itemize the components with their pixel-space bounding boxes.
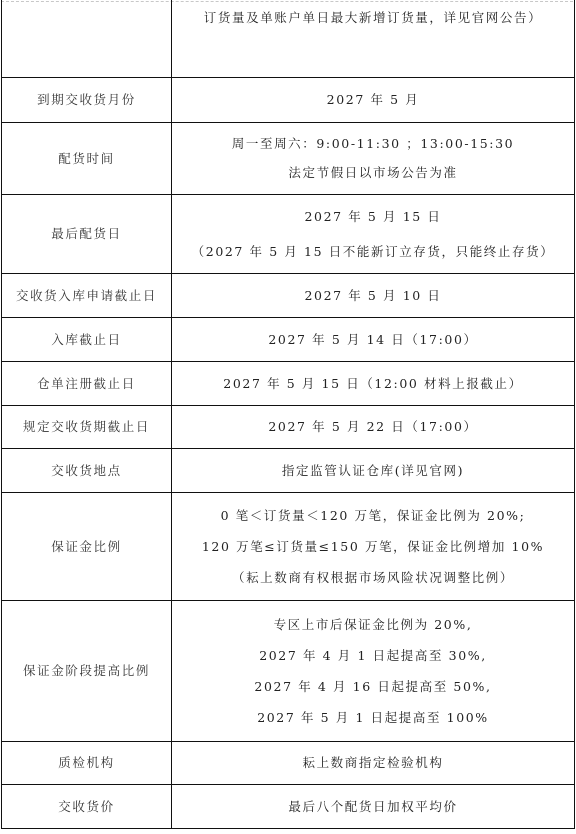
row-label: 入库截止日 — [2, 317, 172, 361]
value-line: 2027 年 5 月 1 日起提高至 100% — [172, 710, 574, 725]
value-line: 2027 年 4 月 16 日起提高至 50%, — [172, 679, 574, 694]
row-value: 0 笔＜订货量＜120 万笔，保证金比例为 20%; 120 万笔≤订货量≤15… — [172, 492, 575, 600]
table-row-last-allocation-day: 最后配货日 2027 年 5 月 15 日 （2027 年 5 月 15 日不能… — [2, 194, 575, 273]
value-line: 2027 年 5 月 — [172, 92, 574, 107]
row-label: 最后配货日 — [2, 194, 172, 273]
table-row-delivery-price: 交收货价 最后八个配货日加权平均价 — [2, 784, 575, 828]
value-line: 2027 年 5 月 15 日（12:00 材料上报截止） — [172, 376, 574, 391]
row-value: 订货量及单账户单日最大新增订货量，详见官网公告） — [172, 0, 575, 77]
table-row-warehouse-application-deadline: 交收货入库申请截止日 2027 年 5 月 10 日 — [2, 273, 575, 317]
row-value: 2027 年 5 月 — [172, 77, 575, 122]
value-line: 0 笔＜订货量＜120 万笔，保证金比例为 20%; — [172, 508, 574, 523]
table-row-margin-step-increase: 保证金阶段提高比例 专区上市后保证金比例为 20%, 2027 年 4 月 1 … — [2, 600, 575, 741]
value-line: 2027 年 5 月 15 日 — [172, 209, 574, 224]
value-line: 2027 年 5 月 14 日（17:00） — [172, 332, 574, 347]
row-label — [2, 0, 172, 77]
value-line: 最后八个配货日加权平均价 — [172, 799, 574, 814]
row-value: 专区上市后保证金比例为 20%, 2027 年 4 月 1 日起提高至 30%,… — [172, 600, 575, 741]
row-label: 仓单注册截止日 — [2, 361, 172, 405]
table-row-delivery-month: 到期交收货月份 2027 年 5 月 — [2, 77, 575, 122]
row-value: 2027 年 5 月 22 日（17:00） — [172, 405, 575, 448]
value-line: 2027 年 5 月 10 日 — [172, 288, 574, 303]
row-label: 规定交收货期截止日 — [2, 405, 172, 448]
value-line: （耘上数商有权根据市场风险状况调整比例） — [172, 570, 574, 585]
value-line: 120 万笔≤订货量≤150 万笔，保证金比例增加 10% — [172, 539, 574, 554]
row-value: 指定监管认证仓库(详见官网) — [172, 448, 575, 492]
table-row-inspection-agency: 质检机构 耘上数商指定检验机构 — [2, 741, 575, 784]
row-label: 保证金比例 — [2, 492, 172, 600]
table-row-delivery-period-deadline: 规定交收货期截止日 2027 年 5 月 22 日（17:00） — [2, 405, 575, 448]
row-value: 2027 年 5 月 10 日 — [172, 273, 575, 317]
row-label: 质检机构 — [2, 741, 172, 784]
value-line: 指定监管认证仓库(详见官网) — [172, 463, 574, 478]
row-value: 最后八个配货日加权平均价 — [172, 784, 575, 828]
row-label: 配货时间 — [2, 122, 172, 194]
row-value: 耘上数商指定检验机构 — [172, 741, 575, 784]
row-value: 周一至周六：9:00-11:30 ；13:00-15:30 法定节假日以市场公告… — [172, 122, 575, 194]
row-label: 交收货入库申请截止日 — [2, 273, 172, 317]
value-line: （2027 年 5 月 15 日不能新订立存货，只能终止存货） — [172, 244, 574, 259]
value-line: 专区上市后保证金比例为 20%, — [172, 617, 574, 632]
table-row-warehousing-deadline: 入库截止日 2027 年 5 月 14 日（17:00） — [2, 317, 575, 361]
row-value: 2027 年 5 月 14 日（17:00） — [172, 317, 575, 361]
value-line: 2027 年 5 月 22 日（17:00） — [172, 419, 574, 434]
row-label: 到期交收货月份 — [2, 77, 172, 122]
table-row-warrant-registration-deadline: 仓单注册截止日 2027 年 5 月 15 日（12:00 材料上报截止） — [2, 361, 575, 405]
contract-spec-table: 订货量及单账户单日最大新增订货量，详见官网公告） 到期交收货月份 2027 年 … — [1, 0, 575, 829]
table-row-continued-note: 订货量及单账户单日最大新增订货量，详见官网公告） — [2, 0, 575, 77]
row-value: 2027 年 5 月 15 日（12:00 材料上报截止） — [172, 361, 575, 405]
value-line: 周一至周六：9:00-11:30 ；13:00-15:30 — [172, 136, 574, 151]
row-label: 交收货价 — [2, 784, 172, 828]
value-line: 耘上数商指定检验机构 — [172, 755, 574, 770]
row-label: 交收货地点 — [2, 448, 172, 492]
row-value: 2027 年 5 月 15 日 （2027 年 5 月 15 日不能新订立存货，… — [172, 194, 575, 273]
table-row-delivery-location: 交收货地点 指定监管认证仓库(详见官网) — [2, 448, 575, 492]
table-row-margin-ratio: 保证金比例 0 笔＜订货量＜120 万笔，保证金比例为 20%; 120 万笔≤… — [2, 492, 575, 600]
row-label: 保证金阶段提高比例 — [2, 600, 172, 741]
value-line: 2027 年 4 月 1 日起提高至 30%, — [172, 648, 574, 663]
table-row-allocation-time: 配货时间 周一至周六：9:00-11:30 ；13:00-15:30 法定节假日… — [2, 122, 575, 194]
value-line: 法定节假日以市场公告为准 — [172, 165, 574, 180]
value-line: 订货量及单账户单日最大新增订货量，详见官网公告） — [172, 10, 574, 25]
